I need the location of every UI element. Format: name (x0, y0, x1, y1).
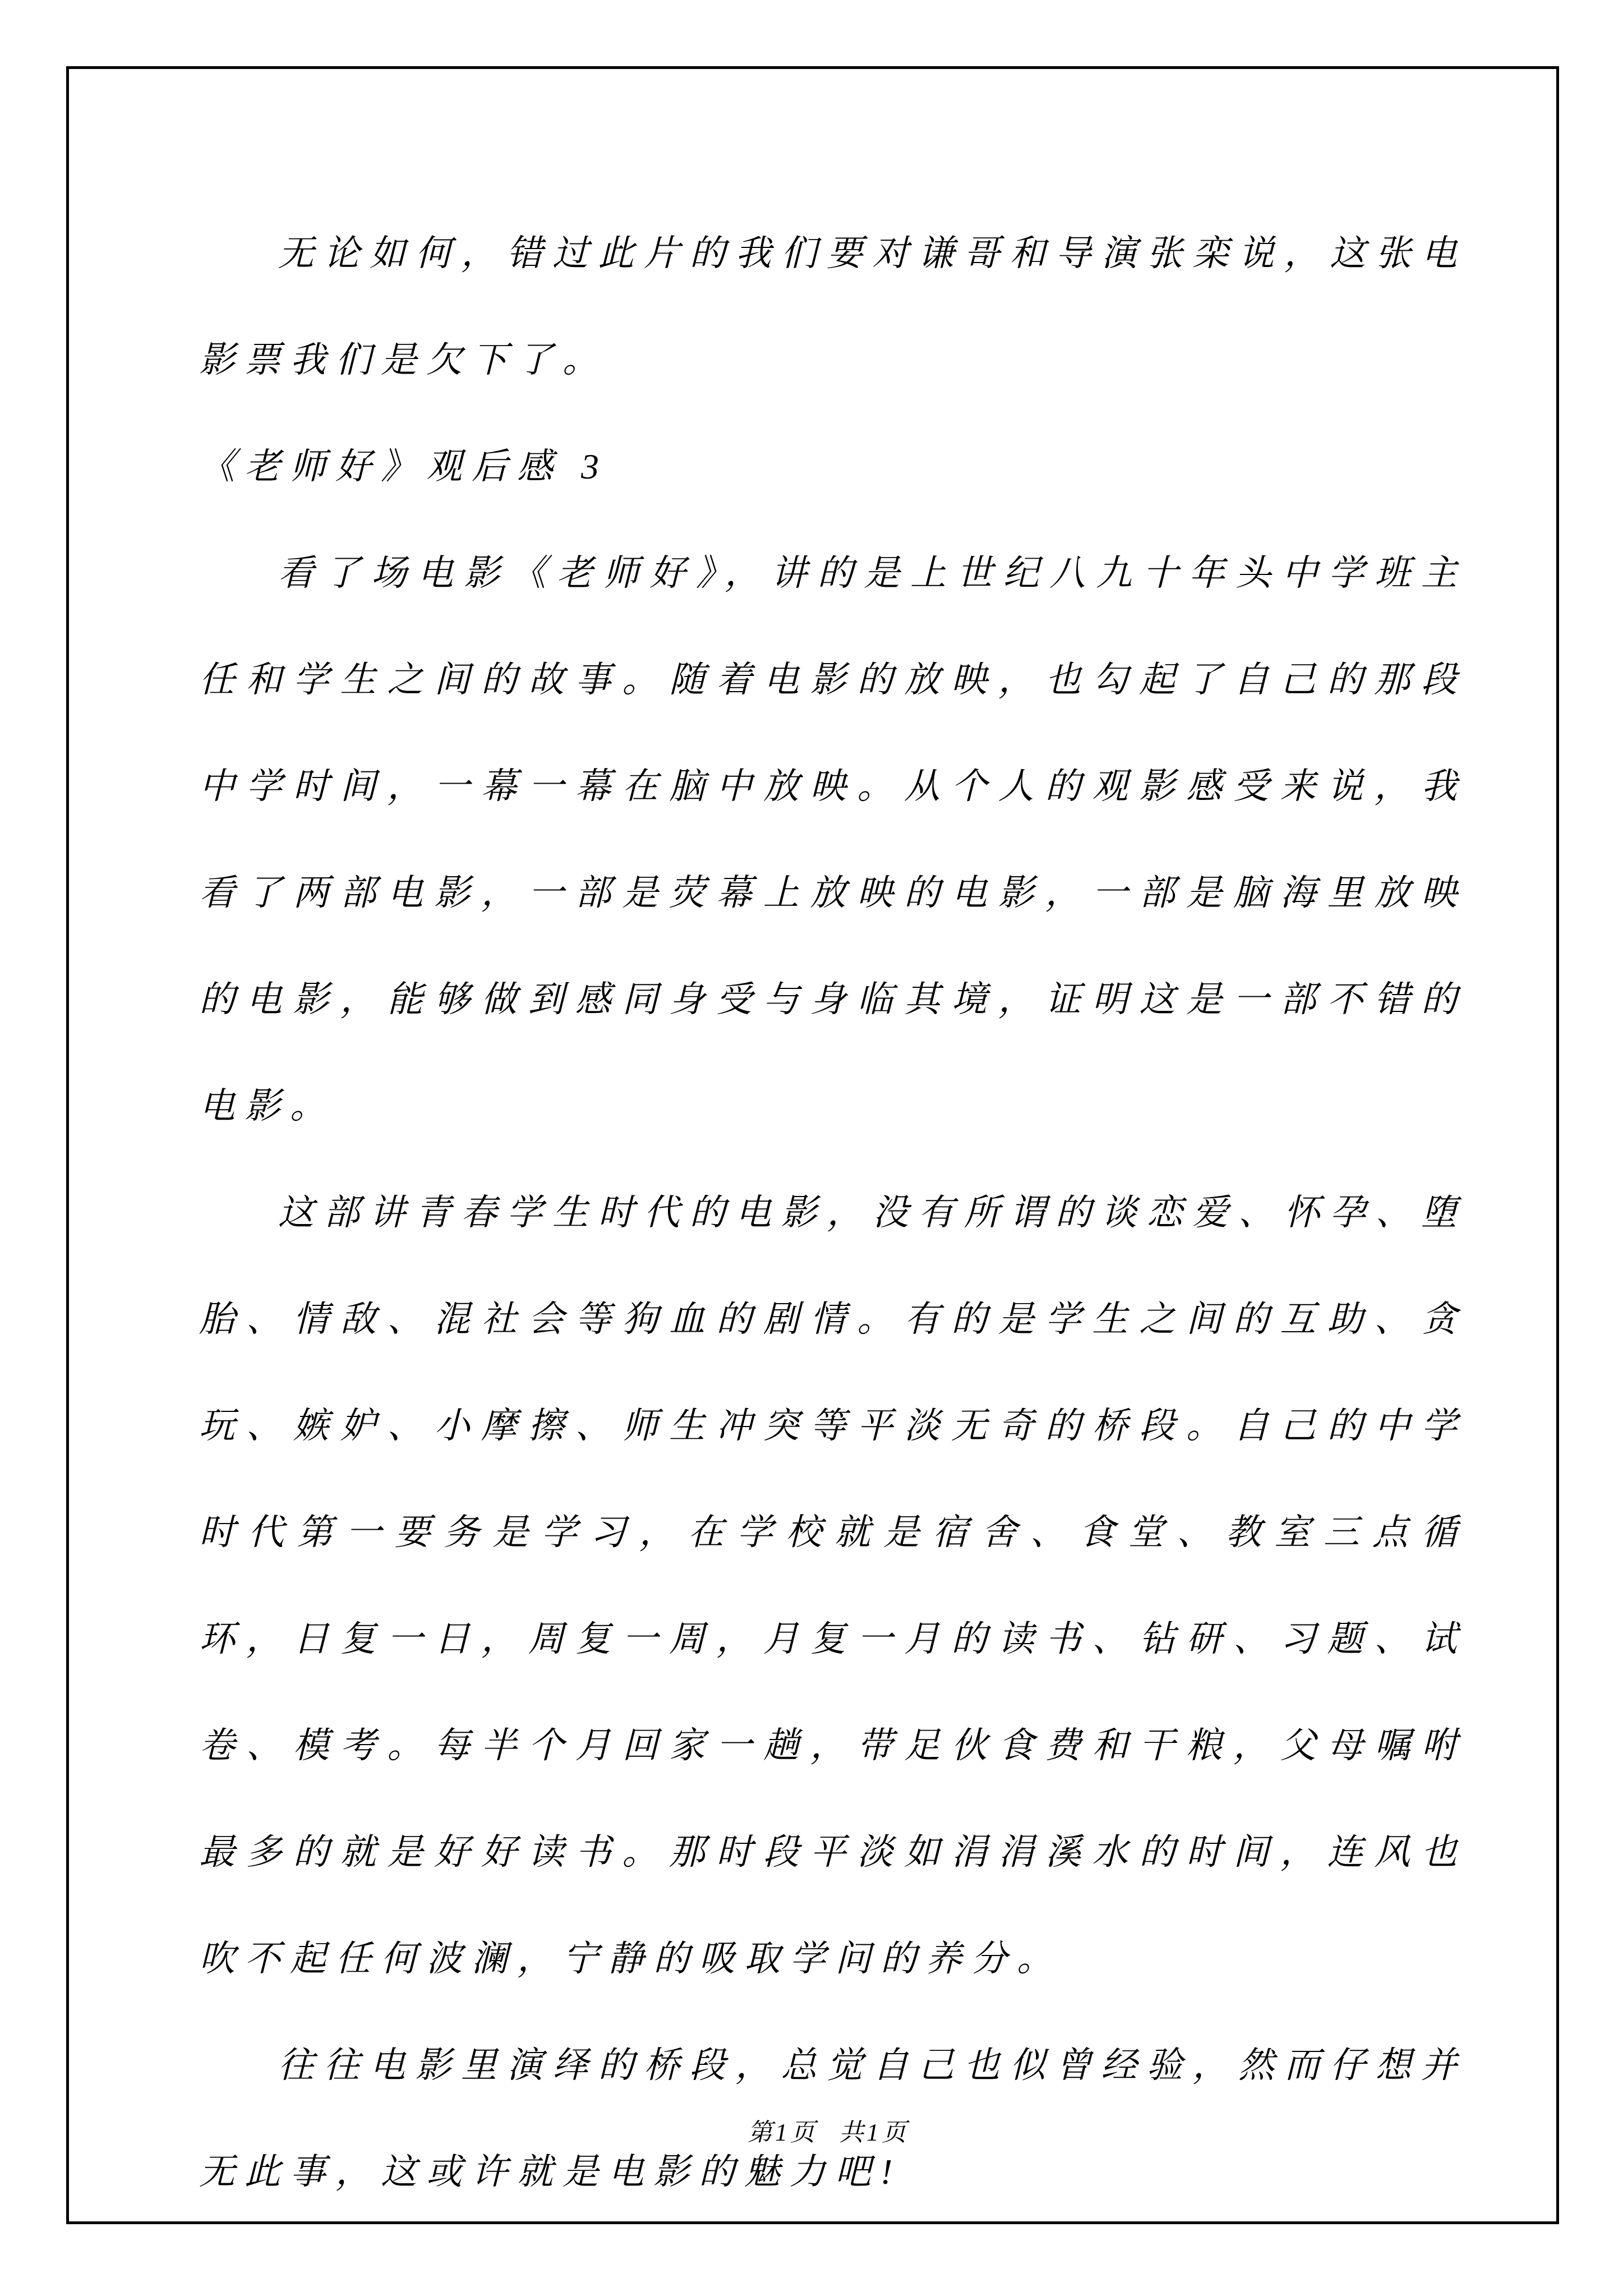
paragraph: 看了场电影《老师好》，讲的是上世纪八九十年头中学班主任和学生之间的故事。随着电影… (199, 520, 1467, 1159)
paragraph: 无论如何，错过此片的我们要对谦哥和导演张栾说，这张电影票我们是欠下了。 (199, 200, 1467, 413)
paragraph: 这部讲青春学生时代的电影，没有所谓的谈恋爱、怀孕、堕胎、情敌、混社会等狗血的剧情… (199, 1159, 1467, 2012)
page-number-footer: 第1页 共1页 (17, 2116, 1623, 2150)
document-body: 无论如何，错过此片的我们要对谦哥和导演张栾说，这张电影票我们是欠下了。《老师好》… (199, 200, 1467, 2225)
paragraph: 《老师好》观后感 3 (199, 413, 1467, 520)
